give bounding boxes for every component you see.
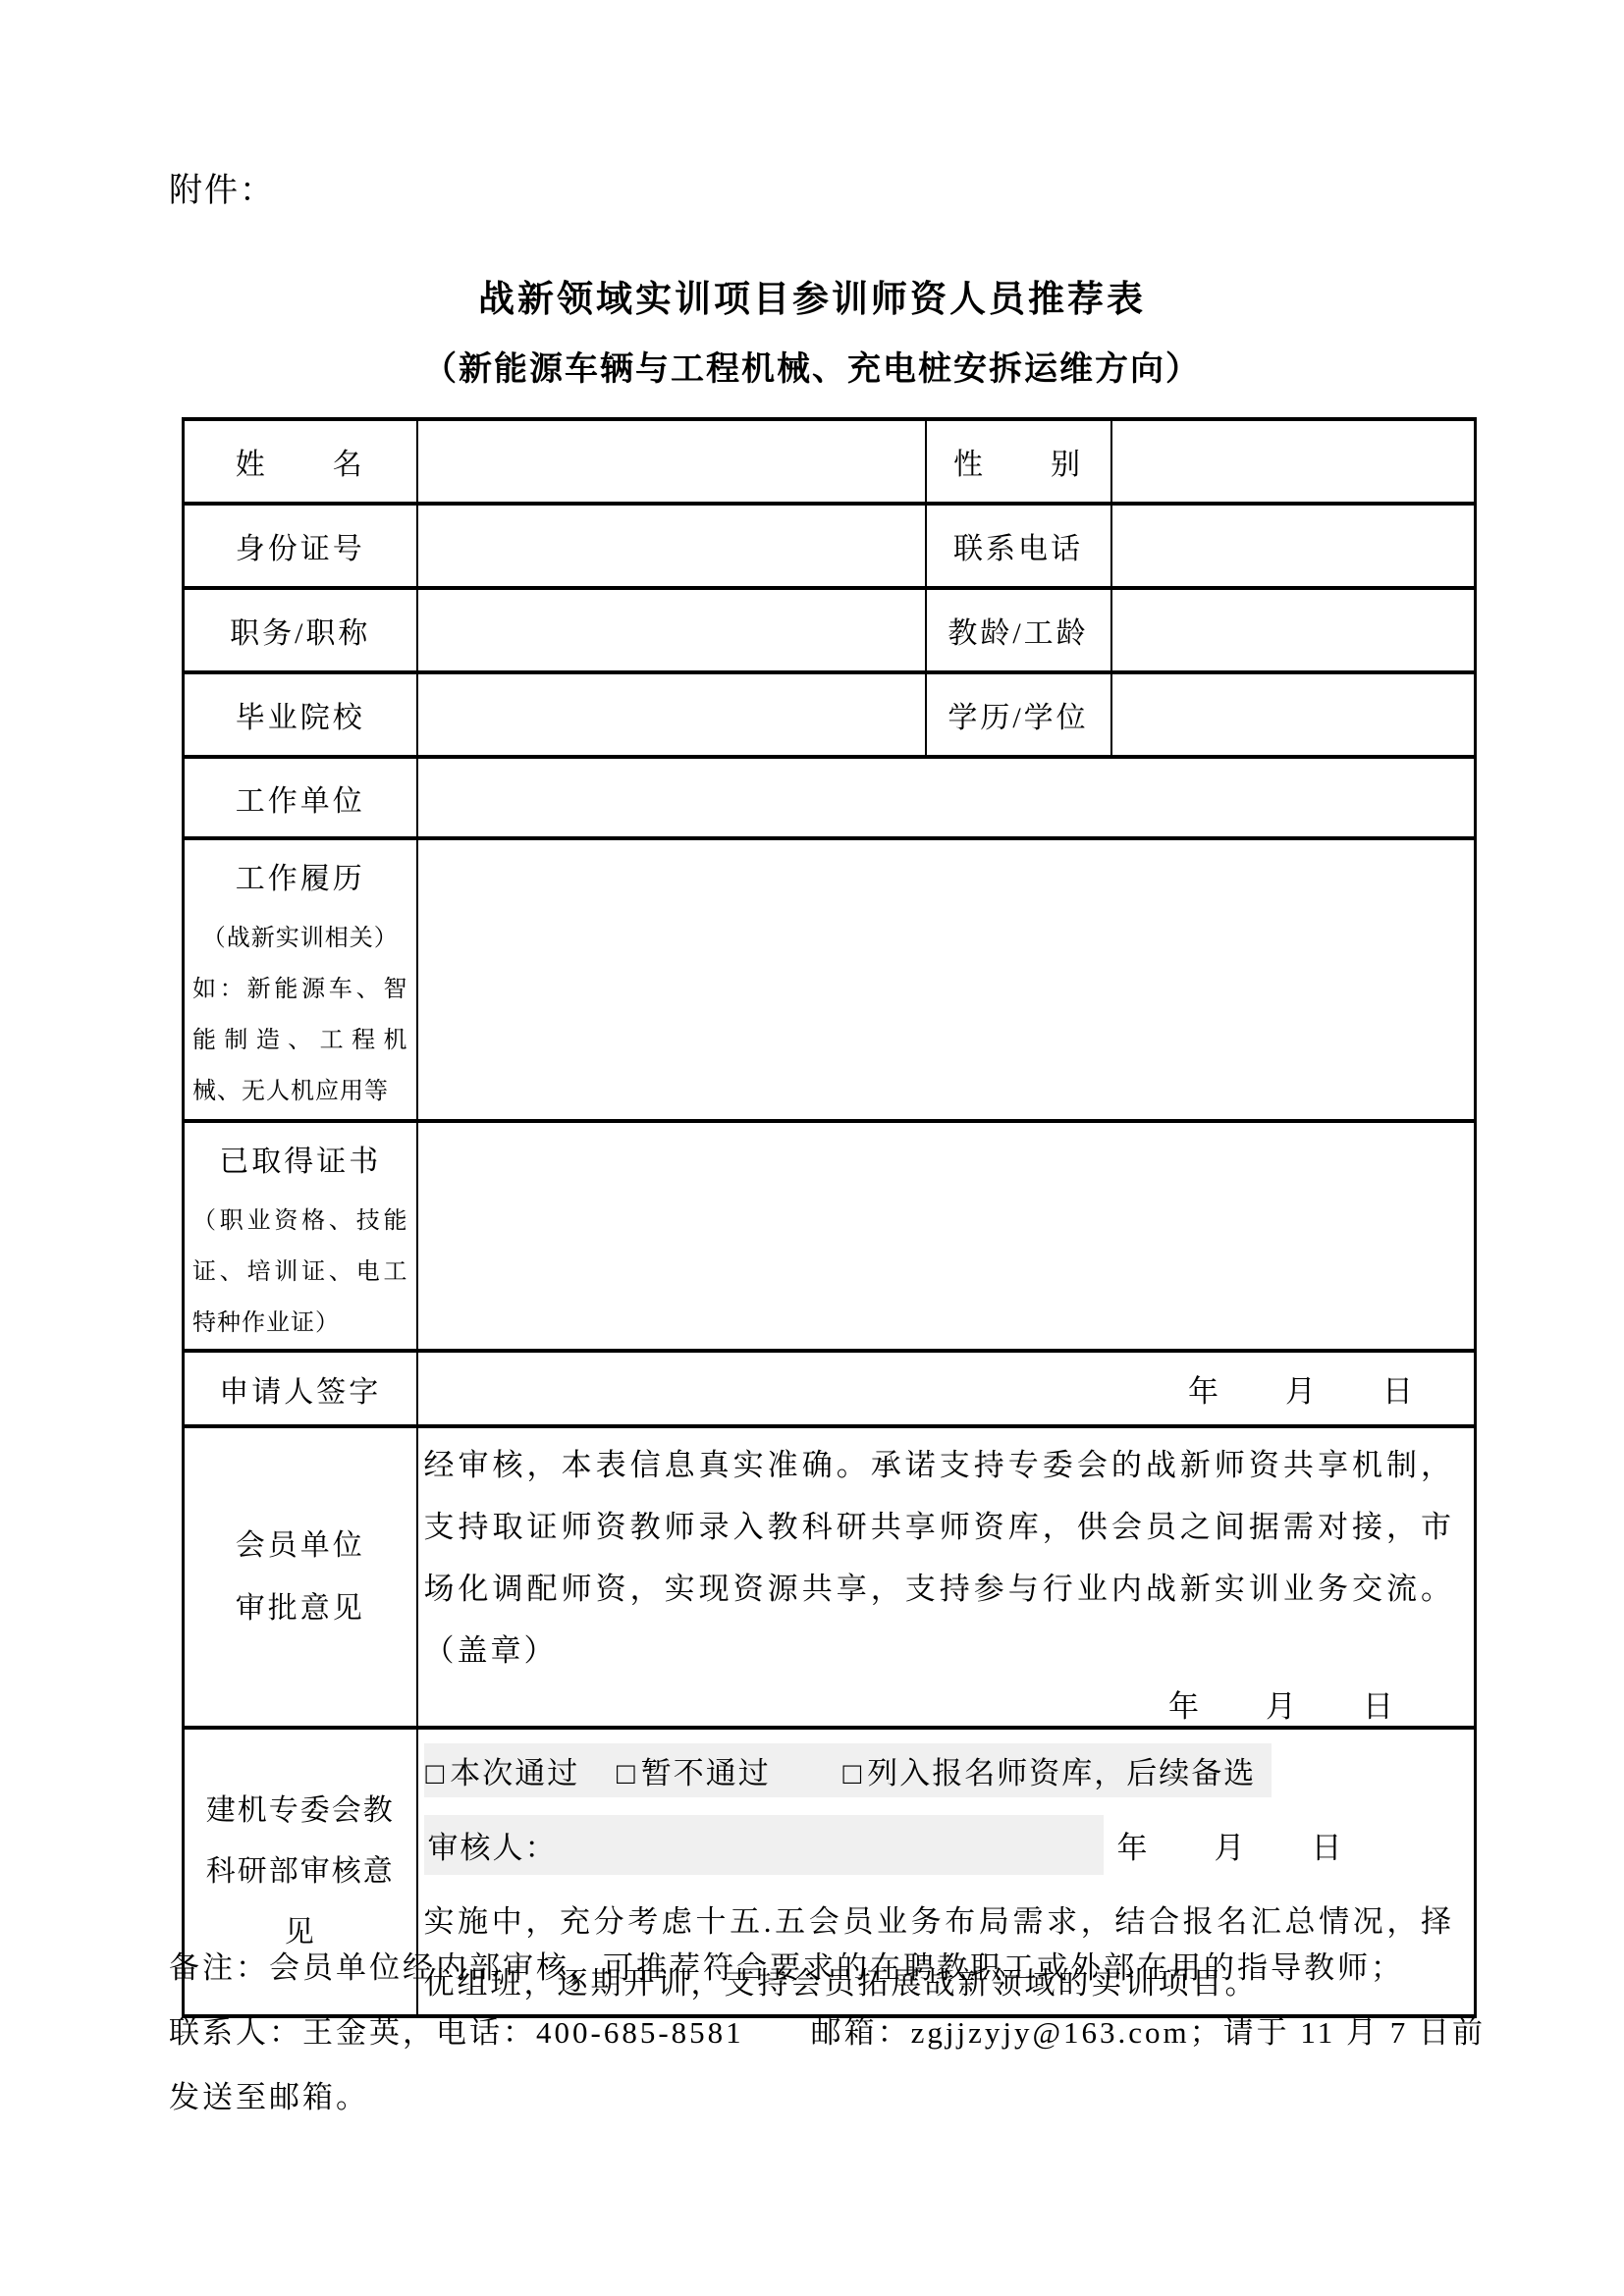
- checkbox-option-pass[interactable]: □本次通过: [426, 1756, 580, 1790]
- field-label-certificates: 已取得证书 （职业资格、技能证、培训证、电工特种作业证）: [184, 1121, 417, 1351]
- phone-input-cell[interactable]: [1111, 504, 1476, 588]
- certificates-input-cell[interactable]: [417, 1121, 1476, 1351]
- table-row: 工作履历 （战新实训相关） 如：新能源车、智能制造、工程机械、无人机应用等: [184, 838, 1476, 1121]
- table-row: 会员单位 审批意见 经审核，本表信息真实准确。承诺支持专委会的战新师资共享机制，…: [184, 1426, 1476, 1728]
- member-approval-date-placeholder: 年 月 日: [424, 1682, 1455, 1726]
- note-remark: 备注：会员单位经内部审核，可推荐符合要求的在聘教职工或外部在用的指导教师；: [169, 1936, 1461, 2001]
- field-label-school: 毕业院校: [184, 672, 417, 757]
- certificates-label: 已取得证书: [185, 1137, 416, 1180]
- field-label-applicant-signature: 申请人签字: [184, 1351, 417, 1426]
- field-label-degree: 学历/学位: [926, 672, 1111, 757]
- recommendation-form-table: 姓 名 性 别 身份证号 联系电话 职务/职称 教龄/工龄 毕业院校 学历/学位…: [182, 417, 1477, 2018]
- field-label-employer: 工作单位: [184, 757, 417, 838]
- member-approval-cell: 经审核，本表信息真实准确。承诺支持专委会的战新师资共享机制，支持取证师资教师录入…: [417, 1426, 1476, 1728]
- field-label-seniority: 教龄/工龄: [926, 588, 1111, 672]
- table-row: 工作单位: [184, 757, 1476, 838]
- work-history-label: 工作履历: [185, 854, 416, 897]
- reviewer-line: 审核人： 年 月 日: [424, 1815, 1455, 1875]
- name-input-cell[interactable]: [417, 419, 926, 504]
- applicant-signature-cell[interactable]: 年 月 日: [417, 1351, 1476, 1426]
- note-send: 发送至邮箱。: [169, 2065, 1461, 2130]
- id-number-input-cell[interactable]: [417, 504, 926, 588]
- field-label-member-approval: 会员单位 审批意见: [184, 1426, 417, 1728]
- table-row: 姓 名 性 别: [184, 419, 1476, 504]
- checkbox-icon[interactable]: □: [617, 1756, 637, 1790]
- table-row: 申请人签字 年 月 日: [184, 1351, 1476, 1426]
- checkbox-option-not-pass[interactable]: □暂不通过: [617, 1756, 771, 1790]
- checkbox-option-reserve[interactable]: □列入报名师资库，后续备选: [842, 1756, 1256, 1790]
- attachment-label: 附件：: [169, 163, 275, 211]
- degree-input-cell[interactable]: [1111, 672, 1476, 757]
- document-page: 附件： 战新领域实训项目参训师资人员推荐表 （新能源车辆与工程机械、充电桩安拆运…: [0, 0, 1624, 2296]
- employer-input-cell[interactable]: [417, 757, 1476, 838]
- work-history-examples: 如：新能源车、智能制造、工程机械、无人机应用等: [185, 964, 416, 1117]
- field-label-name: 姓 名: [184, 419, 417, 504]
- gender-input-cell[interactable]: [1111, 419, 1476, 504]
- checkbox-icon[interactable]: □: [426, 1756, 447, 1790]
- checkbox-option-label: 列入报名师资库，后续备选: [867, 1756, 1256, 1790]
- school-input-cell[interactable]: [417, 672, 926, 757]
- checkbox-option-label: 本次通过: [450, 1756, 579, 1790]
- position-input-cell[interactable]: [417, 588, 926, 672]
- reviewer-signature-field[interactable]: 审核人：: [424, 1815, 1104, 1875]
- field-label-work-history: 工作履历 （战新实训相关） 如：新能源车、智能制造、工程机械、无人机应用等: [184, 838, 417, 1121]
- work-history-input-cell[interactable]: [417, 838, 1476, 1121]
- field-label-id-number: 身份证号: [184, 504, 417, 588]
- table-row: 职务/职称 教龄/工龄: [184, 588, 1476, 672]
- checkbox-icon[interactable]: □: [842, 1756, 863, 1790]
- field-label-position: 职务/职称: [184, 588, 417, 672]
- footer-notes: 备注：会员单位经内部审核，可推荐符合要求的在聘教职工或外部在用的指导教师； 联系…: [169, 1936, 1461, 2130]
- field-label-gender: 性 别: [926, 419, 1111, 504]
- work-history-note: （战新实训相关）: [185, 913, 416, 964]
- table-row: 身份证号 联系电话: [184, 504, 1476, 588]
- certificates-note: （职业资格、技能证、培训证、电工特种作业证）: [185, 1196, 416, 1349]
- seniority-input-cell[interactable]: [1111, 588, 1476, 672]
- member-approval-label: 会员单位 审批意见: [185, 1515, 416, 1640]
- field-label-phone: 联系电话: [926, 504, 1111, 588]
- checkbox-option-label: 暂不通过: [641, 1756, 771, 1790]
- reviewer-date-placeholder: 年 月 日: [1117, 1823, 1344, 1867]
- review-options-group: □本次通过 □暂不通过 □列入报名师资库，后续备选: [424, 1743, 1272, 1797]
- form-title: 战新领域实训项目参训师资人员推荐表: [0, 269, 1624, 322]
- reviewer-label: 审核人：: [428, 1831, 558, 1865]
- note-contact: 联系人：王金英，电话：400-685-8581 邮箱：zgjjzyjy@163.…: [169, 2001, 1461, 2065]
- table-row: 毕业院校 学历/学位: [184, 672, 1476, 757]
- applicant-date-placeholder: 年 月 日: [418, 1366, 1475, 1411]
- review-options-line: □本次通过 □暂不通过 □列入报名师资库，后续备选: [424, 1743, 1455, 1797]
- table-row: 已取得证书 （职业资格、技能证、培训证、电工特种作业证）: [184, 1121, 1476, 1351]
- form-subtitle: （新能源车辆与工程机械、充电桩安拆运维方向）: [0, 342, 1624, 390]
- member-approval-statement: 经审核，本表信息真实准确。承诺支持专委会的战新师资共享机制，支持取证师资教师录入…: [424, 1434, 1455, 1682]
